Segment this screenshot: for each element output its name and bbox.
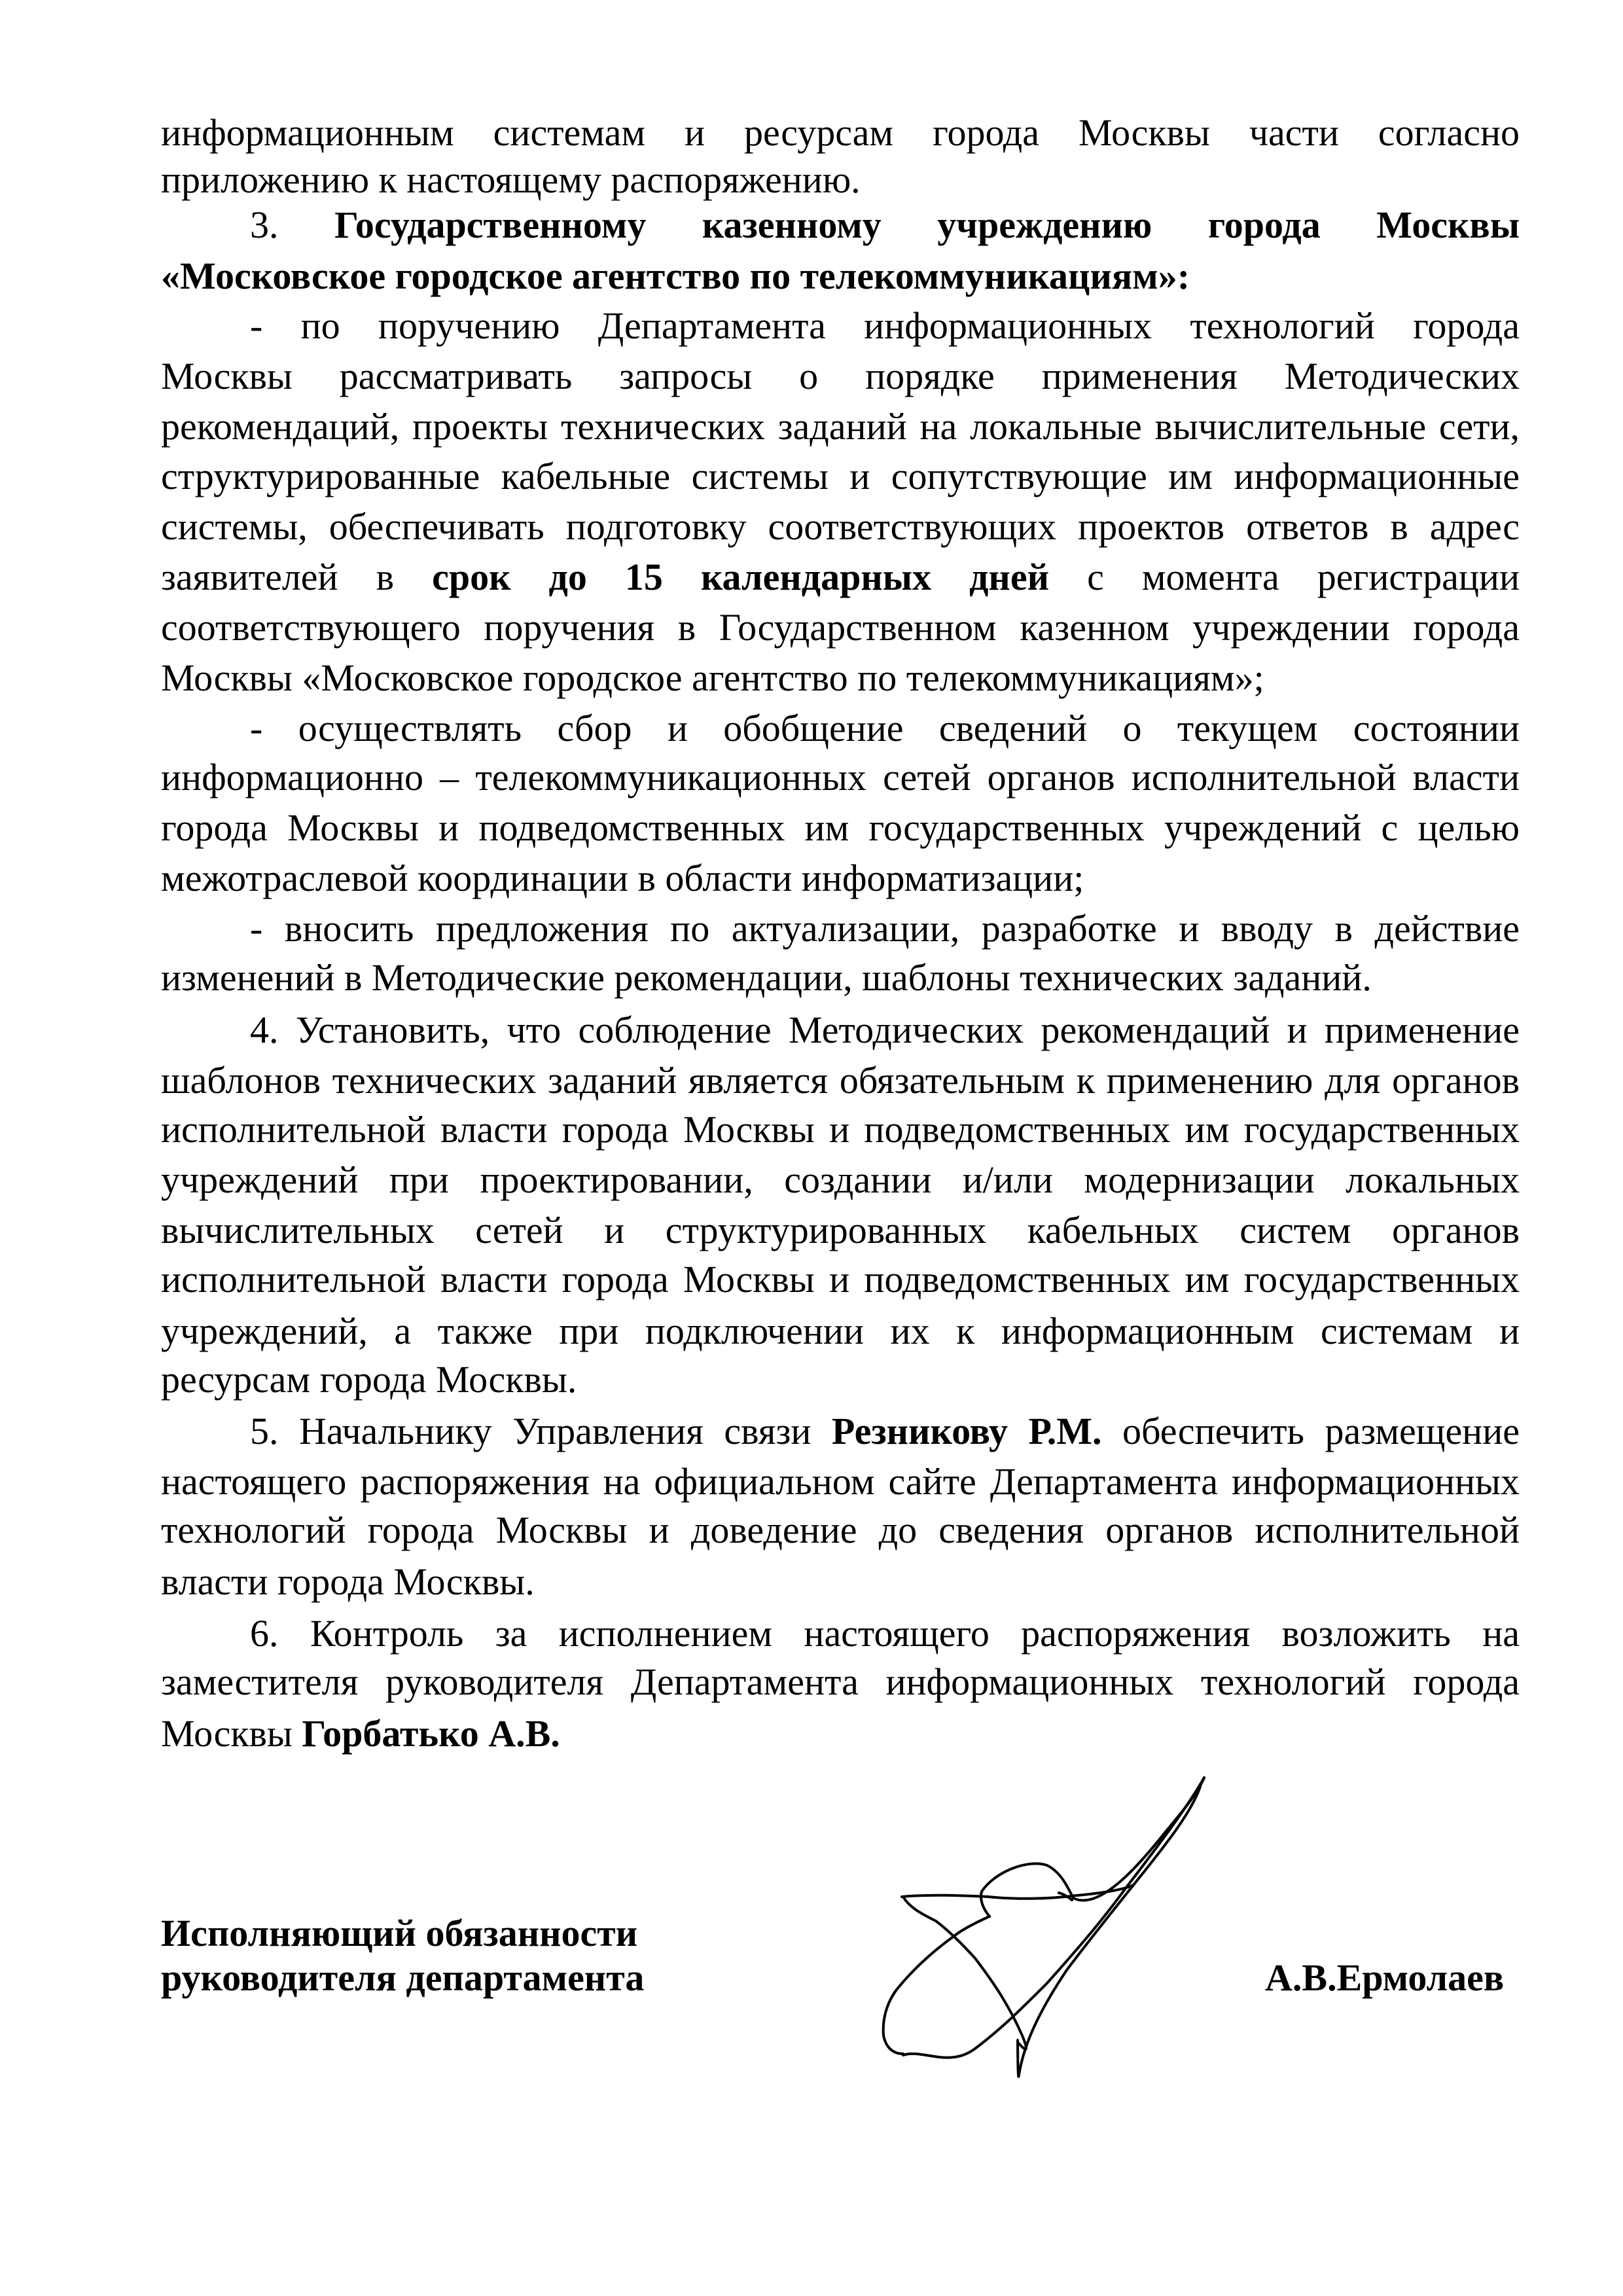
signatory-title-line-1: Исполняющий обязанности — [161, 1911, 637, 1956]
body-line: изменений в Методические рекомендации, ш… — [161, 953, 1520, 1003]
body-line: вычислительных сетей и структурированных… — [161, 1206, 1520, 1255]
body-line: Москвы «Московское городское агентство п… — [161, 653, 1520, 703]
responsible-person: Резникову Р.М. — [832, 1410, 1102, 1452]
body-line: Москвы рассматривать запросы о порядке п… — [161, 351, 1520, 401]
body-line: рекомендаций, проекты технических задани… — [161, 402, 1520, 452]
body-line: настоящего распоряжения на официальном с… — [161, 1457, 1520, 1507]
item-6-line: 6. Контроль за исполнением настоящего ра… — [250, 1609, 1520, 1659]
body-line: шаблонов технических заданий является об… — [161, 1056, 1520, 1105]
control-person: Горбатько А.В. — [302, 1712, 560, 1755]
item-3-heading: 3. Государственному казенному учреждению… — [250, 200, 1520, 250]
body-line: власти города Москвы. — [161, 1557, 1520, 1607]
item-3-agency: Государственному казенному учреждению го… — [334, 204, 1520, 246]
body-line: структурированные кабельные системы и со… — [161, 452, 1520, 501]
document-page: информационным системам и ресурсам город… — [0, 0, 1623, 2296]
deadline-line: заявителей в срок до 15 календарных дней… — [161, 552, 1520, 602]
body-line: заместителя руководителя Департамента ин… — [161, 1657, 1520, 1707]
item-5-line: 5. Начальнику Управления связи Резникову… — [250, 1407, 1520, 1456]
signatory-title-line-2: руководителя департамента — [161, 1956, 644, 2000]
body-line: ресурсам города Москвы. — [161, 1355, 1520, 1405]
body-line: информационно – телекоммуникационных сет… — [161, 753, 1520, 802]
agency-name: «Московское городское агентство по телек… — [161, 251, 1520, 301]
body-line: межотраслевой координации в области инфо… — [161, 853, 1520, 903]
body-line: исполнительной власти города Москвы и по… — [161, 1255, 1520, 1304]
handwritten-signature-icon — [851, 1767, 1243, 2134]
bullet-line: - осуществлять сбор и обобщение сведений… — [250, 704, 1520, 753]
body-line: соответствующего поручения в Государстве… — [161, 603, 1520, 653]
body-line: приложению к настоящему распоряжению. — [161, 155, 1520, 205]
bullet-line: - по поручению Департамента информационн… — [250, 301, 1520, 351]
body-line: технологий города Москвы и доведение до … — [161, 1505, 1520, 1555]
body-line: информационным системам и ресурсам город… — [161, 108, 1520, 158]
bullet-line: - вносить предложения по актуализации, р… — [250, 904, 1520, 954]
body-line: исполнительной власти города Москвы и по… — [161, 1105, 1520, 1155]
signatory-name: А.В.Ермолаев — [1265, 1956, 1504, 2000]
body-line: города Москвы и подведомственных им госу… — [161, 803, 1520, 853]
item-4-line: 4. Установить, что соблюдение Методическ… — [250, 1005, 1520, 1055]
item-number: 3. — [250, 204, 279, 246]
body-line: учреждений при проектировании, создании … — [161, 1155, 1520, 1205]
deadline-bold: срок до 15 календарных дней — [432, 556, 1049, 598]
body-line: учреждений, а также при подключении их к… — [161, 1306, 1520, 1356]
body-line: системы, обеспечивать подготовку соответ… — [161, 502, 1520, 552]
body-line: Москвы Горбатько А.В. — [161, 1709, 1520, 1759]
